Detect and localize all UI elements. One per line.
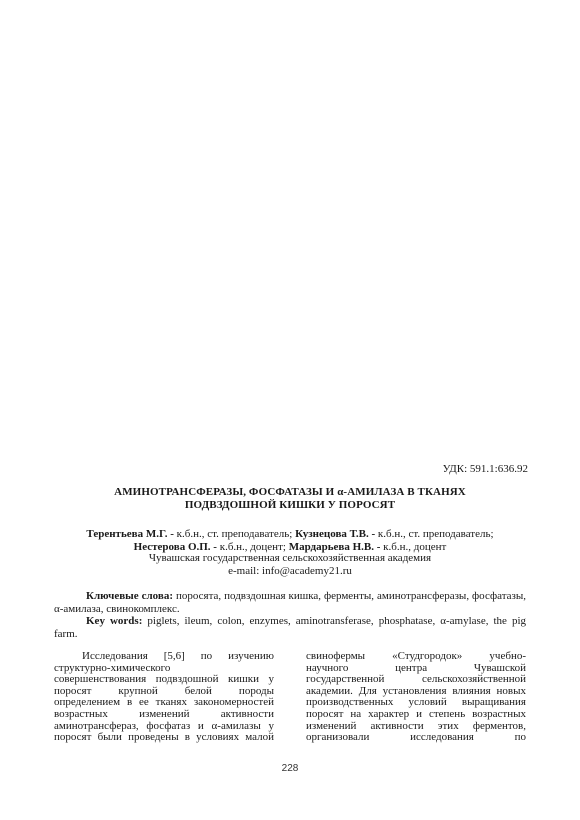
keywords-ru-label: Ключевые слова:: [86, 590, 173, 602]
article-title: АМИНОТРАНСФЕРАЗЫ, ФОСФАТАЗЫ И α-АМИЛАЗА …: [54, 486, 526, 512]
keywords-en-label: Key words:: [86, 615, 142, 627]
keywords-en: Key words: piglets, ileum, colon, enzyme…: [54, 615, 526, 640]
authors-block: Терентьева М.Г. - к.б.н., ст. преподават…: [40, 528, 540, 553]
affiliation-email[interactable]: e-mail: info@academy21.ru: [54, 565, 526, 578]
affiliation-block: Чувашская государственная сельскохозяйст…: [54, 552, 526, 577]
author-name: Кузнецова Т.В. -: [295, 528, 375, 540]
udk-code: УДК: 591.1:636.92: [443, 463, 528, 476]
author-name: Терентьева М.Г. -: [86, 528, 173, 540]
body-line: Исследования [5,6] по изучению: [54, 651, 274, 663]
author-role: к.б.н., ст. преподаватель;: [375, 528, 493, 540]
keywords-ru: Ключевые слова: поросята, подвздошная ки…: [54, 590, 526, 615]
body-line: организовали исследования по: [306, 732, 526, 744]
document-page: УДК: 591.1:636.92 АМИНОТРАНСФЕРАЗЫ, ФОСФ…: [0, 0, 580, 820]
keywords-block: Ключевые слова: поросята, подвздошная ки…: [54, 590, 526, 640]
title-line-1: АМИНОТРАНСФЕРАЗЫ, ФОСФАТАЗЫ И α-АМИЛАЗА …: [54, 486, 526, 499]
body-column-left: Исследования [5,6] по изучению структурн…: [54, 651, 274, 744]
author-name: Мардарьева Н.В. -: [289, 541, 381, 553]
author-name: Нестерова О.П. -: [134, 541, 217, 553]
body-line: свинофермы «Студгородок» учебно-: [306, 651, 526, 663]
author-role: к.б.н., доцент;: [217, 541, 286, 553]
body-column-right: свинофермы «Студгородок» учебно- научног…: [306, 651, 526, 744]
page-number: 228: [0, 763, 580, 774]
author-role: к.б.н., доцент: [380, 541, 446, 553]
title-line-2: ПОДВЗДОШНОЙ КИШКИ У ПОРОСЯТ: [54, 499, 526, 512]
body-line: поросят были проведены в условиях малой: [54, 732, 274, 744]
affiliation-org: Чувашская государственная сельскохозяйст…: [54, 552, 526, 565]
body-line: поросят на характер и степень возрастных: [306, 709, 526, 721]
authors-line-1: Терентьева М.Г. - к.б.н., ст. преподават…: [40, 528, 540, 541]
body-line: возрастных изменений активности: [54, 709, 274, 721]
author-role: к.б.н., ст. преподаватель;: [174, 528, 292, 540]
